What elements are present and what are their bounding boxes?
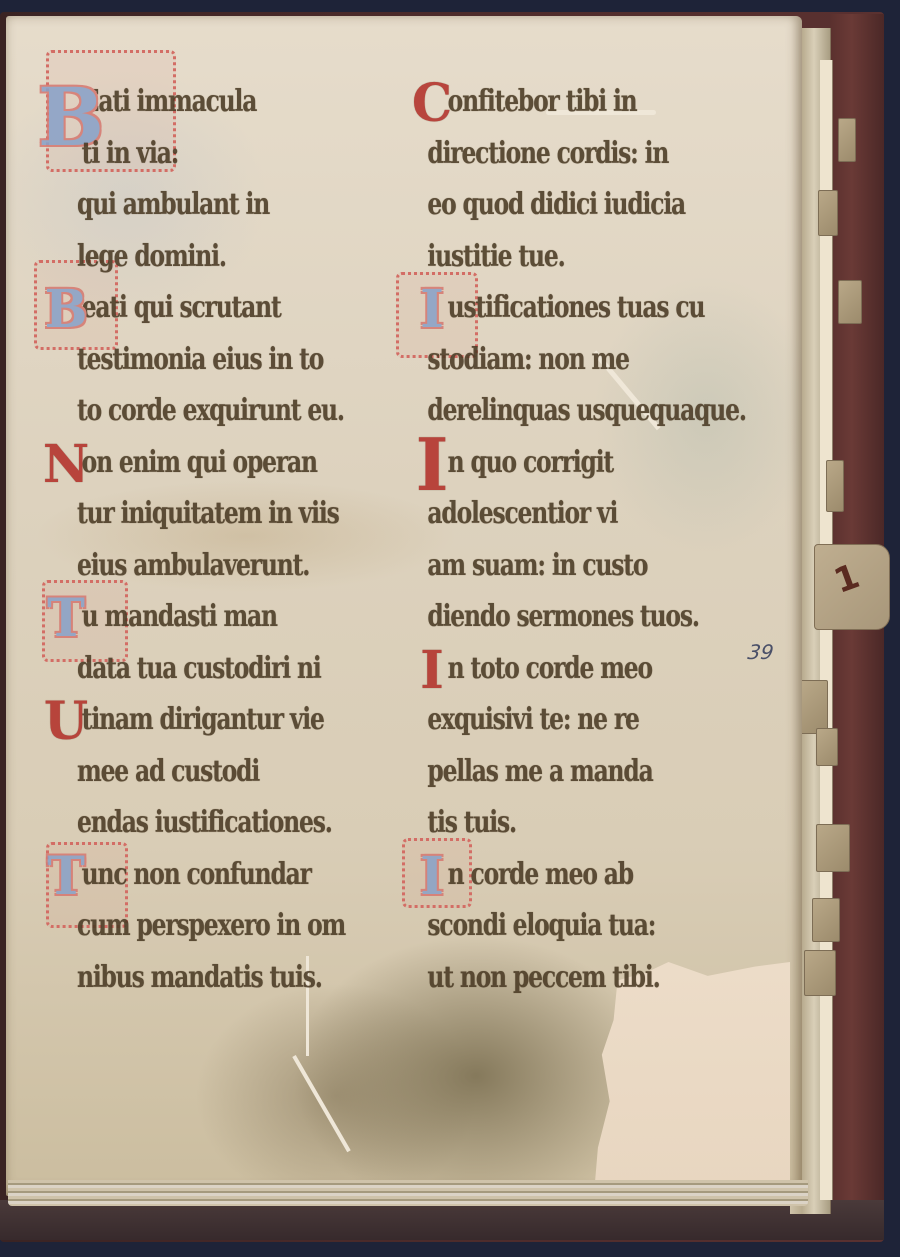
text-line: pellas me a manda — [404, 752, 654, 804]
page-stack-bottom — [8, 1180, 808, 1206]
text-line: In corde meo ab — [404, 855, 654, 907]
text-line: qui ambulant in — [38, 185, 303, 237]
left-text-column: BEati immacula ti in via: qui ambulant i… — [38, 82, 378, 1009]
decorated-initial: T — [38, 597, 93, 641]
text-line: nibus mandatis tuis. — [38, 958, 303, 1010]
text-line: Iustificationes tuas cu — [404, 288, 654, 340]
page-tab[interactable] — [826, 460, 844, 512]
tab-mark: 1 — [829, 556, 865, 602]
decorated-initial: I — [404, 855, 459, 899]
binding-bottom — [0, 1200, 884, 1240]
red-initial: C — [404, 82, 459, 126]
manuscript-page: BEati immacula ti in via: qui ambulant i… — [6, 16, 802, 1196]
text-line: am suam: in custo — [404, 546, 654, 598]
text-line: ut non peccem tibi. — [404, 958, 654, 1010]
decorated-initial: B — [38, 288, 93, 332]
page-tab[interactable] — [804, 950, 836, 996]
text-line: Tu mandasti man — [38, 597, 303, 649]
page-tab[interactable] — [838, 280, 862, 324]
text-line: ti in via: — [38, 134, 303, 186]
text-line: Confitebor tibi in — [404, 82, 654, 134]
right-text-column: Confitebor tibi in directione cordis: in… — [404, 82, 724, 1009]
page-tab[interactable] — [838, 118, 856, 162]
decorated-initial: T — [38, 855, 93, 899]
numbered-tab[interactable]: 1 — [814, 544, 890, 630]
text-line: BEati immacula — [38, 82, 303, 134]
text-line: testimonia eius in to — [38, 340, 303, 392]
text-line: scondi eloquia tua: — [404, 906, 654, 958]
text-line: Beati qui scrutant — [38, 288, 303, 340]
red-initial: U — [38, 700, 93, 744]
text-line: exquisivi te: ne re — [404, 700, 654, 752]
page-tab[interactable] — [818, 190, 838, 236]
text-line: Tunc non confundar — [38, 855, 303, 907]
text-line: Non enim qui operan — [38, 443, 303, 495]
text-line: directione cordis: in — [404, 134, 654, 186]
page-crack — [292, 1055, 350, 1152]
text-line: In quo corrigit — [404, 443, 654, 495]
folio-number: 39 — [746, 640, 775, 664]
text-line: In toto corde meo — [404, 649, 654, 701]
page-tab[interactable] — [800, 680, 828, 734]
red-initial: N — [38, 443, 93, 487]
text-line: Utinam dirigantur vie — [38, 700, 303, 752]
red-initial: I — [404, 649, 459, 693]
page-tab[interactable] — [816, 824, 850, 872]
text-line: adolescentior vi — [404, 494, 654, 546]
red-tall-initial: I — [404, 443, 459, 487]
text-line: stodiam: non me — [404, 340, 654, 392]
decorated-initial: I — [404, 288, 459, 332]
text-line: tur iniquitatem in viis — [38, 494, 303, 546]
text-line: eo quod didici iudicia — [404, 185, 654, 237]
page-tab[interactable] — [812, 898, 840, 942]
text-line: cum perspexero in om — [38, 906, 303, 958]
page-tab[interactable] — [816, 728, 838, 766]
text-line: mee ad custodi — [38, 752, 303, 804]
